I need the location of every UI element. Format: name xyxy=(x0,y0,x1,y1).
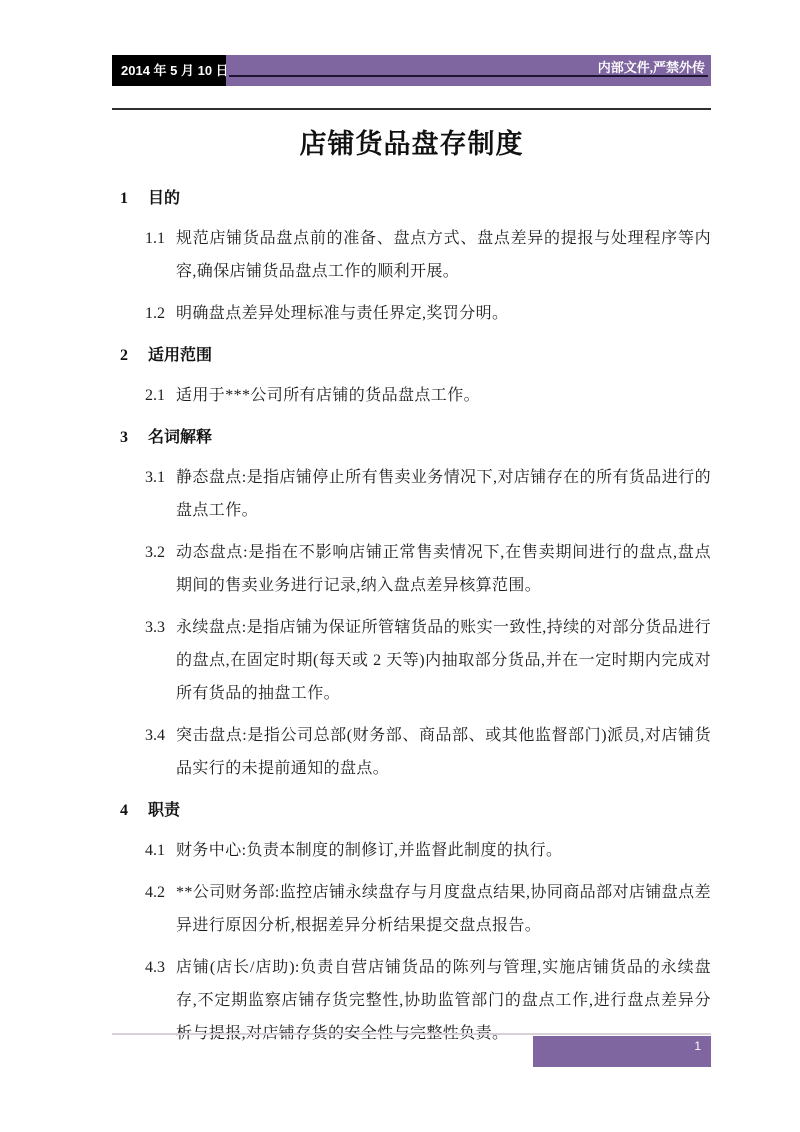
clause-number: 3.3 xyxy=(145,611,176,710)
section-heading-definitions: 3 名词解释 xyxy=(112,421,711,454)
clause-text: 规范店铺货品盘点前的准备、盘点方式、盘点差异的提报与处理程序等内容,确保店铺货品… xyxy=(176,222,711,288)
clause-1-2: 1.2 明确盘点差异处理标准与责任界定,奖罚分明。 xyxy=(145,297,711,330)
section-heading-label: 名词解释 xyxy=(148,421,212,454)
clause-number: 4.2 xyxy=(145,876,176,942)
clause-text: **公司财务部:监控店铺永续盘存与月度盘点结果,协同商品部对店铺盘点差异进行原因… xyxy=(176,876,711,942)
header-date: 2014 年 5 月 10 日 xyxy=(112,55,226,86)
clause-text: 静态盘点:是指店铺停止所有售卖业务情况下,对店铺存在的所有货品进行的盘点工作。 xyxy=(176,461,711,527)
section-number: 1 xyxy=(120,182,148,215)
document-page: 2014 年 5 月 10 日 内部文件,严禁外传 店铺货品盘存制度 1 目的 … xyxy=(0,0,800,1132)
clause-number: 2.1 xyxy=(145,379,176,412)
header-notice-bar: 内部文件,严禁外传 xyxy=(226,55,711,86)
clause-number: 4.1 xyxy=(145,834,176,867)
clause-4-1: 4.1 财务中心:负责本制度的制修订,并监督此制度的执行。 xyxy=(145,834,711,867)
clause-text: 明确盘点差异处理标准与责任界定,奖罚分明。 xyxy=(176,297,711,330)
clause-number: 3.4 xyxy=(145,719,176,785)
clause-4-2: 4.2 **公司财务部:监控店铺永续盘存与月度盘点结果,协同商品部对店铺盘点差异… xyxy=(145,876,711,942)
clause-3-4: 3.4 突击盘点:是指公司总部(财务部、商品部、或其他监督部门)派员,对店铺货品… xyxy=(145,719,711,785)
clause-text: 突击盘点:是指公司总部(财务部、商品部、或其他监督部门)派员,对店铺货品实行的未… xyxy=(176,719,711,785)
section-number: 2 xyxy=(120,339,148,372)
section-number: 4 xyxy=(120,794,148,827)
clause-3-3: 3.3 永续盘点:是指店铺为保证所管辖货品的账实一致性,持续的对部分货品进行的盘… xyxy=(145,611,711,710)
footer-page-box: 1 xyxy=(533,1036,711,1067)
clause-text: 财务中心:负责本制度的制修订,并监督此制度的执行。 xyxy=(176,834,711,867)
clause-text: 动态盘点:是指在不影响店铺正常售卖情况下,在售卖期间进行的盘点,盘点期间的售卖业… xyxy=(176,536,711,602)
clause-text: 适用于***公司所有店铺的货品盘点工作。 xyxy=(176,379,711,412)
section-heading-label: 职责 xyxy=(148,794,180,827)
section-heading-scope: 2 适用范围 xyxy=(112,339,711,372)
section-heading-label: 目的 xyxy=(148,182,180,215)
page-header: 2014 年 5 月 10 日 内部文件,严禁外传 xyxy=(112,55,711,86)
clause-number: 3.1 xyxy=(145,461,176,527)
section-heading-responsibilities: 4 职责 xyxy=(112,794,711,827)
document-body: 店铺货品盘存制度 1 目的 1.1 规范店铺货品盘点前的准备、盘点方式、盘点差异… xyxy=(112,124,711,1059)
document-title: 店铺货品盘存制度 xyxy=(112,124,711,164)
clause-1-1: 1.1 规范店铺货品盘点前的准备、盘点方式、盘点差异的提报与处理程序等内容,确保… xyxy=(145,222,711,288)
section-number: 3 xyxy=(120,421,148,454)
clause-number: 1.1 xyxy=(145,222,176,288)
header-notice-underline xyxy=(229,75,708,77)
clause-number: 4.3 xyxy=(145,951,176,1050)
clause-number: 1.2 xyxy=(145,297,176,330)
page-number: 1 xyxy=(694,1039,701,1053)
clause-text: 永续盘点:是指店铺为保证所管辖货品的账实一致性,持续的对部分货品进行的盘点,在固… xyxy=(176,611,711,710)
clause-number: 3.2 xyxy=(145,536,176,602)
clause-2-1: 2.1 适用于***公司所有店铺的货品盘点工作。 xyxy=(145,379,711,412)
section-heading-purpose: 1 目的 xyxy=(112,182,711,215)
header-rule xyxy=(112,108,711,110)
section-heading-label: 适用范围 xyxy=(148,339,212,372)
footer-rule xyxy=(112,1033,711,1035)
clause-3-1: 3.1 静态盘点:是指店铺停止所有售卖业务情况下,对店铺存在的所有货品进行的盘点… xyxy=(145,461,711,527)
clause-3-2: 3.2 动态盘点:是指在不影响店铺正常售卖情况下,在售卖期间进行的盘点,盘点期间… xyxy=(145,536,711,602)
header-notice: 内部文件,严禁外传 xyxy=(598,57,705,76)
